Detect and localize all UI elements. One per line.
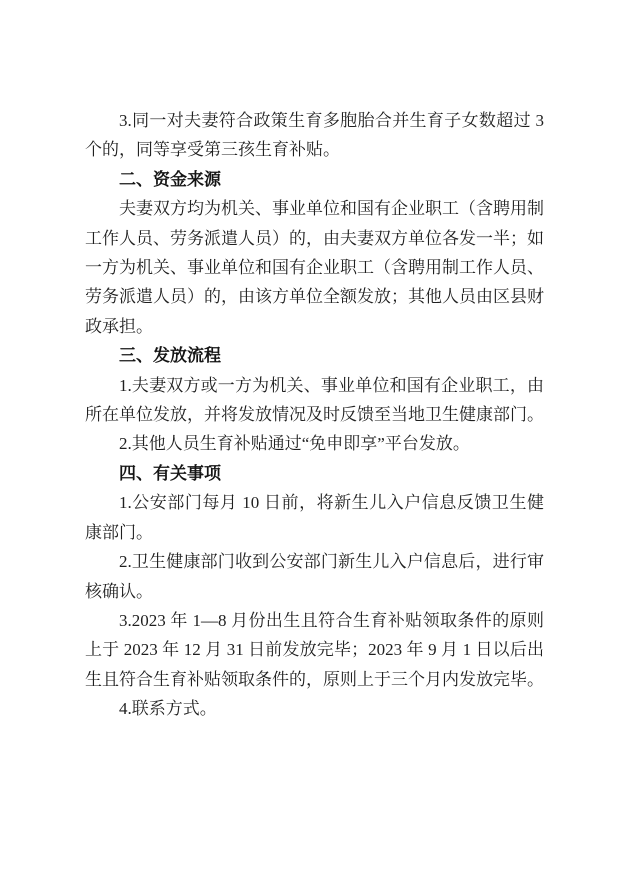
- paragraph: 2.其他人员生育补贴通过“免申即享”平台发放。: [85, 429, 544, 458]
- paragraph: 夫妻双方均为机关、事业单位和国有企业职工（含聘用制工作人员、劳务派遣人员）的，由…: [85, 194, 544, 341]
- section-heading: 三、发放流程: [85, 341, 544, 370]
- paragraph: 1.公安部门每月 10 日前，将新生儿入户信息反馈卫生健康部门。: [85, 488, 544, 547]
- paragraph: 2.卫生健康部门收到公安部门新生儿入户信息后，进行审核确认。: [85, 547, 544, 606]
- document-body-text: 3.同一对夫妻符合政策生育多胞胎合并生育子女数超过 3 个的，同等享受第三孩生育…: [85, 106, 544, 724]
- paragraph: 1.夫妻双方或一方为机关、事业单位和国有企业职工，由所在单位发放，并将发放情况及…: [85, 371, 544, 430]
- section-heading: 四、有关事项: [85, 459, 544, 488]
- paragraph: 3.2023 年 1—8 月份出生且符合生育补贴领取条件的原则上于 2023 年…: [85, 606, 544, 694]
- document-page: 3.同一对夫妻符合政策生育多胞胎合并生育子女数超过 3 个的，同等享受第三孩生育…: [0, 0, 624, 882]
- paragraph: 3.同一对夫妻符合政策生育多胞胎合并生育子女数超过 3 个的，同等享受第三孩生育…: [85, 106, 544, 165]
- paragraph: 4.联系方式。: [85, 694, 544, 723]
- section-heading: 二、资金来源: [85, 165, 544, 194]
